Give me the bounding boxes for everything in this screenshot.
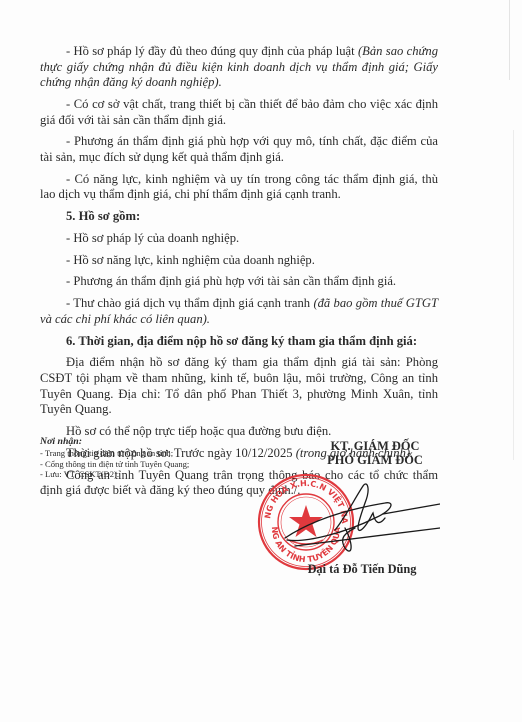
- scan-edge: [509, 0, 510, 80]
- document-page: - Hồ sơ pháp lý đầy đủ theo đúng quy địn…: [0, 0, 522, 722]
- section-5-heading: 5. Hồ sơ gồm:: [40, 209, 438, 225]
- recipients-block: Nơi nhận: - Trang thông tin điện tử Công…: [40, 437, 250, 480]
- scan-edge: [513, 130, 514, 460]
- dossier-item: - Phương án thẩm định giá phù hợp với tà…: [40, 274, 438, 290]
- recipient-item: - Lưu: VT, CSKT(Đ2).: [40, 469, 250, 479]
- section-6-heading: 6. Thời gian, địa điểm nộp hồ sơ đăng ký…: [40, 334, 438, 350]
- recipient-item: - Cổng thông tin điện tử tỉnh Tuyên Quan…: [40, 459, 250, 469]
- signature-title: KT. GIÁM ĐỐC PHÓ GIÁM ĐỐC: [305, 440, 445, 467]
- signature-line-1: KT. GIÁM ĐỐC: [305, 440, 445, 454]
- requirement-capacity: - Có năng lực, kinh nghiệm và uy tín tro…: [40, 172, 438, 203]
- handwritten-signature-icon: [275, 478, 440, 558]
- dossier-item: - Hồ sơ năng lực, kinh nghiệm của doanh …: [40, 253, 438, 269]
- requirement-legal: - Hồ sơ pháp lý đầy đủ theo đúng quy địn…: [40, 44, 438, 91]
- recipient-item: - Trang thông tin điện tử Công an tỉnh;: [40, 448, 250, 458]
- requirement-facilities: - Có cơ sở vật chất, trang thiết bị cần …: [40, 97, 438, 128]
- requirement-plan: - Phương án thẩm định giá phù hợp với qu…: [40, 134, 438, 165]
- signature-line-2: PHÓ GIÁM ĐỐC: [305, 454, 445, 468]
- signer-name: Đại tá Đỗ Tiến Dũng: [282, 562, 442, 577]
- document-body: - Hồ sơ pháp lý đầy đủ theo đúng quy địn…: [40, 44, 438, 505]
- submission-location: Địa điểm nhận hồ sơ đăng ký tham gia thẩ…: [40, 355, 438, 417]
- dossier-item: - Hồ sơ pháp lý của doanh nghiệp.: [40, 231, 438, 247]
- recipients-title: Nơi nhận:: [40, 437, 250, 447]
- dossier-item: - Thư chào giá dịch vụ thẩm định giá cạn…: [40, 296, 438, 327]
